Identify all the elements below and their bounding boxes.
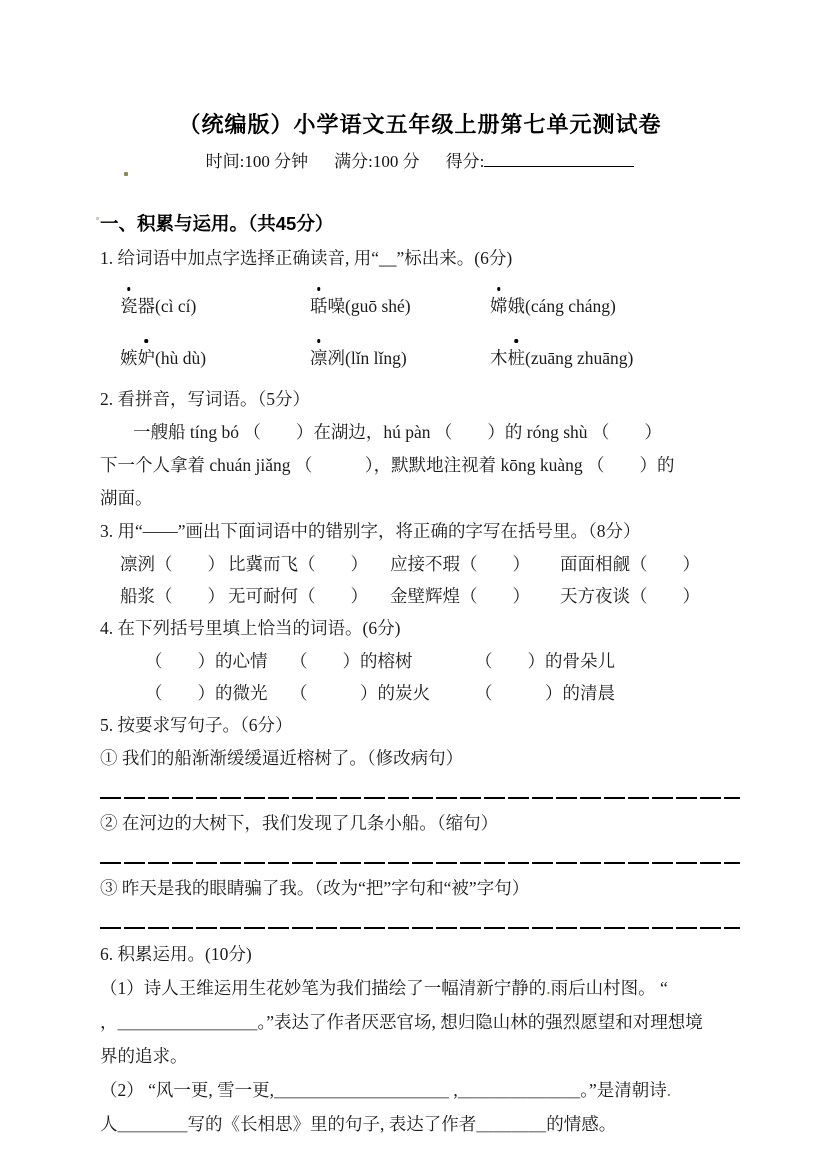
- meta-score: 得分:: [446, 146, 635, 176]
- q1-row-1: 瓷器(cì cí) 聒噪(guō shé) 嫦娥(cáng cháng): [100, 291, 740, 321]
- stray-mark: [96, 217, 99, 220]
- q5-prompt: 5. 按要求写句子。（6分）: [100, 709, 740, 742]
- dotted-char: 聒: [310, 291, 328, 321]
- q1-prompt: 1. 给词语中加点字选择正确读音, 用“__”标出来。(6分): [100, 242, 740, 275]
- q2-prompt: 2. 看拼音，写词语。（5分）: [100, 383, 740, 416]
- paper-content: （统编版）小学语文五年级上册第七单元测试卷 时间:100 分钟 满分:100 分…: [100, 108, 740, 1141]
- dotted-char: 嫦: [490, 291, 508, 321]
- q6-prompt: 6. 积累运用。(10分): [100, 937, 740, 971]
- q4-prompt: 4. 在下列括号里填上恰当的词语。(6分): [100, 612, 740, 645]
- score-blank-line: [484, 146, 634, 167]
- word-item: 嫉妒(hù dù): [120, 343, 310, 373]
- word-item: 木桩(zuāng zhuāng): [490, 343, 740, 373]
- q6-sub1-line-3: 界的追求。: [100, 1039, 740, 1073]
- fill-item: （ ）的心情: [145, 645, 290, 677]
- q6-sub1-line-1: （1）诗人王维运用生花妙笔为我们描绘了一幅清新宁静的.雨后山村图。 “: [100, 971, 740, 1005]
- q4-row-1: （ ）的心情 （ ）的榕树 （ ）的骨朵儿: [100, 645, 740, 677]
- q2-line-2: 下一个人拿着 chuán jiǎng （ ），默默地注视着 kōng kuàng…: [100, 449, 740, 482]
- word-pre: 嫉: [120, 348, 138, 368]
- q3-row-1: 凛洌（ ） 比冀而飞（ ） 应接不瑕（ ） 面面相觎（ ）: [100, 548, 740, 580]
- dotted-char: 凛: [310, 343, 328, 373]
- word-item: 面面相觎（ ）: [560, 548, 740, 580]
- word-item: 凛冽(lǐn lǐng): [310, 343, 490, 373]
- word-item: 金壁辉煌（ ）: [390, 580, 560, 612]
- word-pre: 木: [490, 348, 508, 368]
- q1-row-2: 嫉妒(hù dù) 凛冽(lǐn lǐng) 木桩(zuāng zhuāng): [100, 343, 740, 373]
- paper-meta: 时间:100 分钟 满分:100 分 得分:: [100, 146, 740, 176]
- q6-sub1-text-b: 雨后山村图。 “: [551, 978, 668, 998]
- q4-row-2: （ ）的微光 （ ）的炭火 （ ）的清晨: [100, 677, 740, 709]
- q5-item-2: ② 在河边的大树下，我们发现了几条小船。（缩句）: [100, 807, 740, 840]
- stray-mark: .: [667, 1080, 671, 1100]
- q3-row-2: 船浆（ ） 无可耐何（ ） 金壁辉煌（ ） 天方夜谈（ ）: [100, 580, 740, 612]
- q6-sub1-text-a: （1）诗人王维运用生花妙笔为我们描绘了一幅清新宁静的: [100, 978, 546, 998]
- word-item: 天方夜谈（ ）: [560, 580, 740, 612]
- word-item: 应接不瑕（ ）: [390, 548, 560, 580]
- word-item: 嫦娥(cáng cháng): [490, 291, 740, 321]
- page-title: （统编版）小学语文五年级上册第七单元测试卷: [100, 108, 740, 142]
- word-item: 无可耐何（ ）: [228, 580, 390, 612]
- meta-time: 时间:100 分钟: [206, 148, 308, 176]
- fill-item: （ ）的清晨: [475, 677, 740, 709]
- q6-sub2-text-a: （2） “风一更, 雪一更,＿＿＿＿＿＿＿＿＿＿ ,＿＿＿＿＿＿＿。”是清朝诗: [100, 1080, 667, 1100]
- word-item: 船浆（ ）: [120, 580, 228, 612]
- answer-line: [100, 797, 740, 799]
- word-post: (zuāng zhuāng): [525, 348, 633, 368]
- answer-line: [100, 927, 740, 929]
- q2-line-3: 湖面。: [100, 482, 740, 515]
- q6-sub2-line-1: （2） “风一更, 雪一更,＿＿＿＿＿＿＿＿＿＿ ,＿＿＿＿＿＿＿。”是清朝诗.: [100, 1073, 740, 1107]
- q6-sub2-line-2: 人＿＿＿＿写的《长相思》里的句子, 表达了作者＿＿＿＿的情感。: [100, 1107, 740, 1141]
- dotted-char: 桩: [508, 343, 526, 373]
- word-post: 器(cì cí): [138, 296, 197, 316]
- dotted-char: 瓷: [120, 291, 138, 321]
- fill-item: （ ）的炭火: [290, 677, 475, 709]
- word-post: (hù dù): [155, 348, 206, 368]
- q5-item-1: ① 我们的船渐渐缓缓逼近榕树了。（修改病句）: [100, 742, 740, 775]
- test-paper-page: （统编版）小学语文五年级上册第七单元测试卷 时间:100 分钟 满分:100 分…: [0, 0, 826, 1169]
- section-heading: 一、积累与运用。（共45分）: [100, 210, 740, 238]
- fill-item: （ ）的榕树: [290, 645, 475, 677]
- word-item: 瓷器(cì cí): [120, 291, 310, 321]
- word-item: 比冀而飞（ ）: [228, 548, 390, 580]
- answer-line: [100, 862, 740, 864]
- word-item: 凛洌（ ）: [120, 548, 228, 580]
- q6-sub1-line-2: ，＿＿＿＿＿＿＿＿。”表达了作者厌恶官场, 想归隐山林的强烈愿望和对理想境: [100, 1005, 740, 1039]
- q6-block: 6. 积累运用。(10分) （1）诗人王维运用生花妙笔为我们描绘了一幅清新宁静的…: [100, 937, 740, 1141]
- meta-score-label: 得分:: [446, 152, 485, 171]
- dotted-char: 妒: [138, 343, 156, 373]
- word-item: 聒噪(guō shé): [310, 291, 490, 321]
- word-post: 冽(lǐn lǐng): [328, 348, 407, 368]
- meta-full-score: 满分:100 分: [334, 148, 419, 176]
- q3-prompt: 3. 用“——”画出下面词语中的错别字，将正确的字写在括号里。（8分）: [100, 515, 740, 548]
- q2-line-1: 一艘船 tíng bó （ ）在湖边，hú pàn （ ）的 róng shù …: [100, 416, 740, 449]
- q5-item-3: ③ 昨天是我的眼睛骗了我。（改为“把”字句和“被”字句）: [100, 872, 740, 905]
- fill-item: （ ）的骨朵儿: [475, 645, 740, 677]
- fill-item: （ ）的微光: [145, 677, 290, 709]
- word-post: 娥(cáng cháng): [508, 296, 616, 316]
- word-post: 噪(guō shé): [328, 296, 411, 316]
